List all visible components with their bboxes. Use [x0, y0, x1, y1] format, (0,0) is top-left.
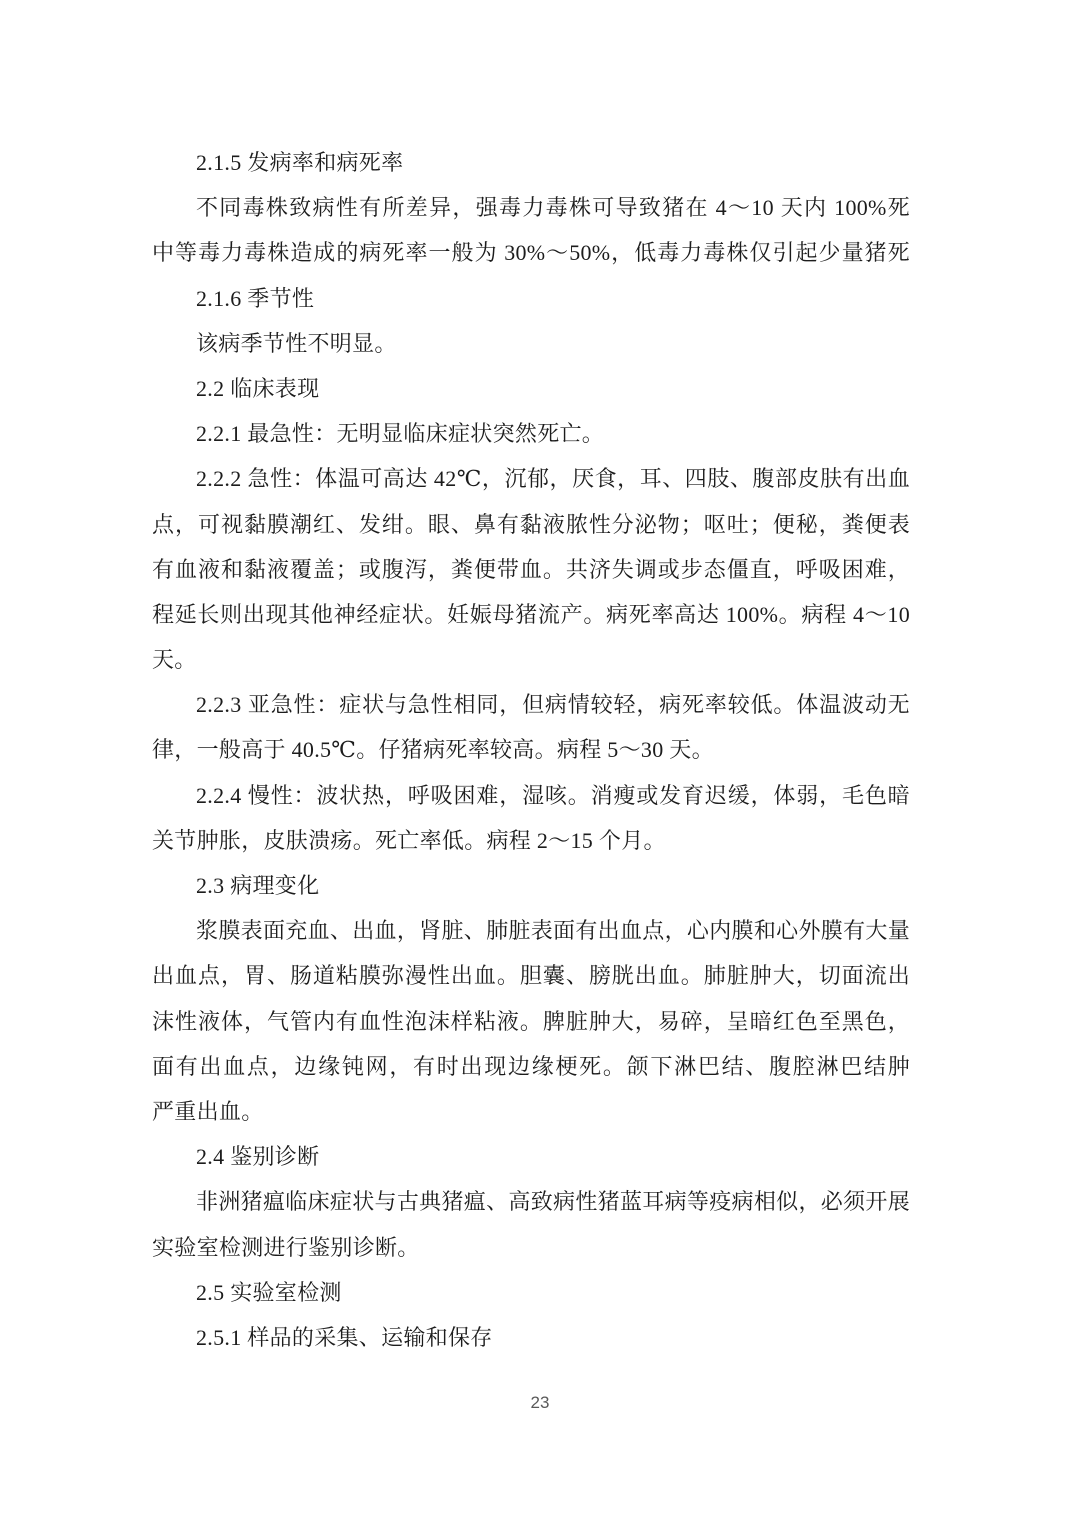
text-line: 2.2.4 慢性：波状热，呼吸困难，湿咳。消瘦或发育迟缓，体弱，毛色暗淡。	[152, 773, 910, 818]
text-line: 不同毒株致病性有所差异，强毒力毒株可导致猪在 4～10 天内 100%死亡，	[152, 185, 910, 230]
text-line: 2.1.5 发病率和病死率	[152, 140, 910, 185]
page-number: 23	[0, 1393, 1080, 1413]
text-line: 程延长则出现其他神经症状。妊娠母猪流产。病死率高达 100%。病程 4～10	[152, 592, 910, 637]
text-line: 2.3 病理变化	[152, 863, 910, 908]
text-line: 律，一般高于 40.5℃。仔猪病死率较高。病程 5～30 天。	[152, 727, 910, 772]
text-line: 2.5 实验室检测	[152, 1270, 910, 1315]
text-line: 2.4 鉴别诊断	[152, 1134, 910, 1179]
text-line: 沫性液体，气管内有血性泡沫样粘液。脾脏肿大，易碎，呈暗红色至黑色，表	[152, 999, 910, 1044]
text-line: 中等毒力毒株造成的病死率一般为 30%～50%，低毒力毒株仅引起少量猪死亡。	[152, 230, 910, 275]
text-line: 2.5.1 样品的采集、运输和保存	[152, 1315, 910, 1360]
text-line: 出血点，胃、肠道粘膜弥漫性出血。胆囊、膀胱出血。肺脏肿大，切面流出泡	[152, 953, 910, 998]
text-line: 面有出血点，边缘钝网，有时出现边缘梗死。颌下淋巴结、腹腔淋巴结肿大，	[152, 1044, 910, 1089]
text-line: 严重出血。	[152, 1089, 910, 1134]
text-line: 浆膜表面充血、出血，肾脏、肺脏表面有出血点，心内膜和心外膜有大量	[152, 908, 910, 953]
text-line: 2.2 临床表现	[152, 366, 910, 411]
document-body: 2.1.5 发病率和病死率不同毒株致病性有所差异，强毒力毒株可导致猪在 4～10…	[152, 140, 910, 1360]
text-line: 天。	[152, 637, 910, 682]
text-line: 有血液和黏液覆盖；或腹泻，粪便带血。共济失调或步态僵直，呼吸困难，病	[152, 547, 910, 592]
text-line: 2.2.1 最急性：无明显临床症状突然死亡。	[152, 411, 910, 456]
text-line: 该病季节性不明显。	[152, 321, 910, 366]
text-line: 2.1.6 季节性	[152, 276, 910, 321]
text-line: 点，可视黏膜潮红、发绀。眼、鼻有黏液脓性分泌物；呕吐；便秘，粪便表面	[152, 502, 910, 547]
document-page: 2.1.5 发病率和病死率不同毒株致病性有所差异，强毒力毒株可导致猪在 4～10…	[0, 0, 1080, 1527]
text-line: 非洲猪瘟临床症状与古典猪瘟、高致病性猪蓝耳病等疫病相似，必须开展	[152, 1179, 910, 1224]
text-line: 2.2.2 急性：体温可高达 42℃，沉郁，厌食，耳、四肢、腹部皮肤有出血	[152, 456, 910, 501]
text-line: 实验室检测进行鉴别诊断。	[152, 1225, 910, 1270]
text-line: 关节肿胀，皮肤溃疡。死亡率低。病程 2～15 个月。	[152, 818, 910, 863]
text-line: 2.2.3 亚急性：症状与急性相同，但病情较轻，病死率较低。体温波动无规	[152, 682, 910, 727]
